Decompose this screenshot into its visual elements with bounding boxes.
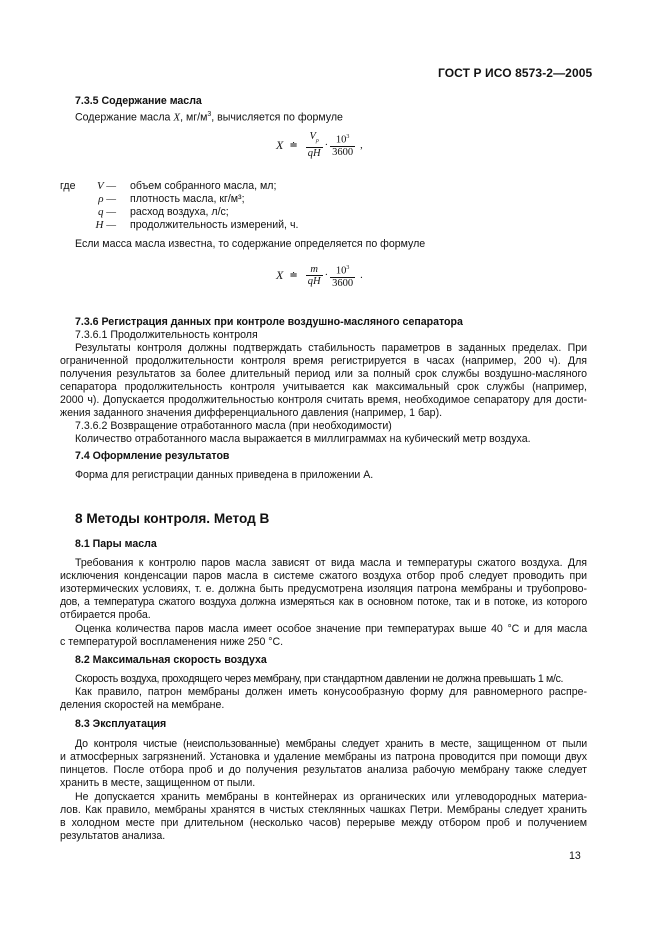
definition-text: объем собранного масла, мл; [122,180,276,193]
intro-prefix: Содержание масла [75,112,173,124]
paragraph-line: результатов анализа. [60,830,587,843]
section-8-2-paragraph-1: Скорость воздуха, проходящего через мемб… [75,673,563,686]
section-8-title: 8 Методы контроля. Метод В [75,511,269,526]
paragraph-line: дов, а температура сжатого воздуха должн… [60,596,587,609]
intro-unit: , мг/м [180,112,207,124]
definition-row: H — продолжительность измерений, ч. [60,219,298,232]
paragraph-line: сепаратора продолжительность контроля уч… [60,381,587,394]
paragraph-line: До контроля чистые (неиспользованные) ме… [60,738,587,751]
section-7-3-6-title: 7.3.6 Регистрация данных при контроле во… [75,316,463,328]
definition-symbol: V — [60,180,122,193]
paragraph-line: ограниченной продолжительности контроля … [60,355,587,368]
definition-symbol: H — [60,219,122,232]
formula2-lhs: X [276,268,283,283]
standard-code-header: ГОСТ Р ИСО 8573-2—2005 [438,66,592,80]
section-7-4-text: Форма для регистрации данных приведена в… [75,469,373,482]
definition-symbol: ρ — [60,193,122,206]
page-number: 13 [569,850,581,862]
paragraph-line: Как правило, патрон мембраны должен имет… [60,686,587,699]
formula1-f1-den: qH [306,147,323,159]
paragraph-line: с температурой воспламенения ниже 250 °С… [60,636,587,649]
section-8-3-paragraph-2: Не допускается хранить мембраны в контей… [60,791,587,843]
section-7-4-title: 7.4 Оформление результатов [75,450,229,462]
symbol-v: V — [97,180,116,192]
section-7-3-5-title: 7.3.5 Содержание масла [75,95,202,107]
paragraph-line: в холодном месте при длительном (несколь… [60,817,587,830]
section-7-3-6-1-paragraph: Результаты контроля должны подтверждать … [60,342,587,421]
formula1-f1-num-sub: ρ [316,138,319,144]
mass-known-text: Если масса масла известна, то содержание… [75,238,425,251]
formula1-tail: , [360,140,363,151]
definition-text: продолжительность измерений, ч. [122,219,298,232]
section-7-3-6-2-title: 7.3.6.2 Возвращение отработанного масла … [75,420,392,433]
paragraph-line: лов. Как правило, мембраны хранятся в чи… [60,804,587,817]
section-8-1-title: 8.1 Пары масла [75,538,157,550]
section-8-1-paragraph-2: Оценка количества паров масла имеет особ… [60,623,587,649]
paragraph-line: пинцетов. После отбора проб и до получен… [60,764,587,777]
formula2-f1-num: m [308,264,320,275]
formula-oil-content-volume: X ≐ Vρ qH · 103 3600 , [276,131,363,159]
section-8-3-paragraph-1: До контроля чистые (неиспользованные) ме… [60,738,587,790]
paragraph-line: Результаты контроля должны подтверждать … [60,342,587,355]
paragraph-line: хранить в месте, защищенном от пыли. [60,777,587,790]
formula2-eq: ≐ [289,270,297,281]
formula1-f2-num: 10 [336,135,347,146]
paragraph-line: отбирается проба. [60,609,587,622]
intro-suffix: , вычисляется по формуле [211,112,343,124]
definition-symbol: q — [60,206,122,219]
section-7-3-5-intro: Содержание масла X, мг/м3, вычисляется п… [75,108,343,125]
definition-text: расход воздуха, л/с; [122,206,229,219]
formula1-fraction-2: 103 3600 [330,132,355,158]
formula1-fraction-1: Vρ qH [306,131,323,159]
formula2-dot: · [325,270,329,281]
section-8-1-paragraph-1: Требования к контролю паров масла завися… [60,557,587,622]
definition-row: ρ — плотность масла, кг/м³; [60,193,298,206]
formula2-f2-num: 10 [336,266,347,277]
paragraph-line: деления скоростей на мембране. [60,699,587,712]
symbol-rho: ρ — [98,193,116,205]
formula1-dot: · [325,140,329,151]
section-7-3-6-1-title: 7.3.6.1 Продолжительность контроля [75,329,258,342]
section-8-2-title: 8.2 Максимальная скорость воздуха [75,654,267,666]
paragraph-line: получения результатов за более длительны… [60,368,587,381]
formula1-f2-den: 3600 [330,146,355,158]
definition-row: V — объем собранного масла, мл; [60,180,298,193]
formula-oil-content-mass: X ≐ m qH · 103 3600 . [276,263,363,289]
definition-text: плотность масла, кг/м³; [122,193,245,206]
formula2-fraction-2: 103 3600 [330,263,355,289]
paragraph-line: исключения конденсации паров масла в сис… [60,570,587,583]
symbol-q: q — [98,206,116,218]
definition-row: q — расход воздуха, л/с; [60,206,298,219]
formula2-fraction-1: m qH [306,264,323,287]
formula1-eq: ≐ [289,140,297,151]
paragraph-line: жения заданного значения дифференциально… [60,407,587,420]
paragraph-line: Оценка количества паров масла имеет особ… [60,623,587,636]
paragraph-line: и атмосферных загрязнений. Установка и у… [60,751,587,764]
formula1-lhs: X [276,138,283,153]
paragraph-line: 2000 ч). Допускается продолжительностью … [60,394,587,407]
formula2-f2-num-sup: 3 [346,265,349,271]
section-7-3-6-2-text: Количество отработанного масла выражаетс… [75,433,531,446]
formula2-f2-den: 3600 [330,277,355,289]
symbol-h: H — [96,219,116,231]
section-8-3-title: 8.3 Эксплуатация [75,718,166,730]
paragraph-line: изотермических условиях, т. е. должна бы… [60,583,587,596]
paragraph-line: Требования к контролю паров масла завися… [60,557,587,570]
formula2-f1-den: qH [306,275,323,287]
section-8-2-paragraph-2: Как правило, патрон мембраны должен имет… [60,686,587,712]
paragraph-line: Не допускается хранить мембраны в контей… [60,791,587,804]
formula2-tail: . [360,270,363,281]
definitions-list: V — объем собранного масла, мл; ρ — плот… [60,180,298,232]
formula1-f2-num-sup: 3 [346,134,349,140]
